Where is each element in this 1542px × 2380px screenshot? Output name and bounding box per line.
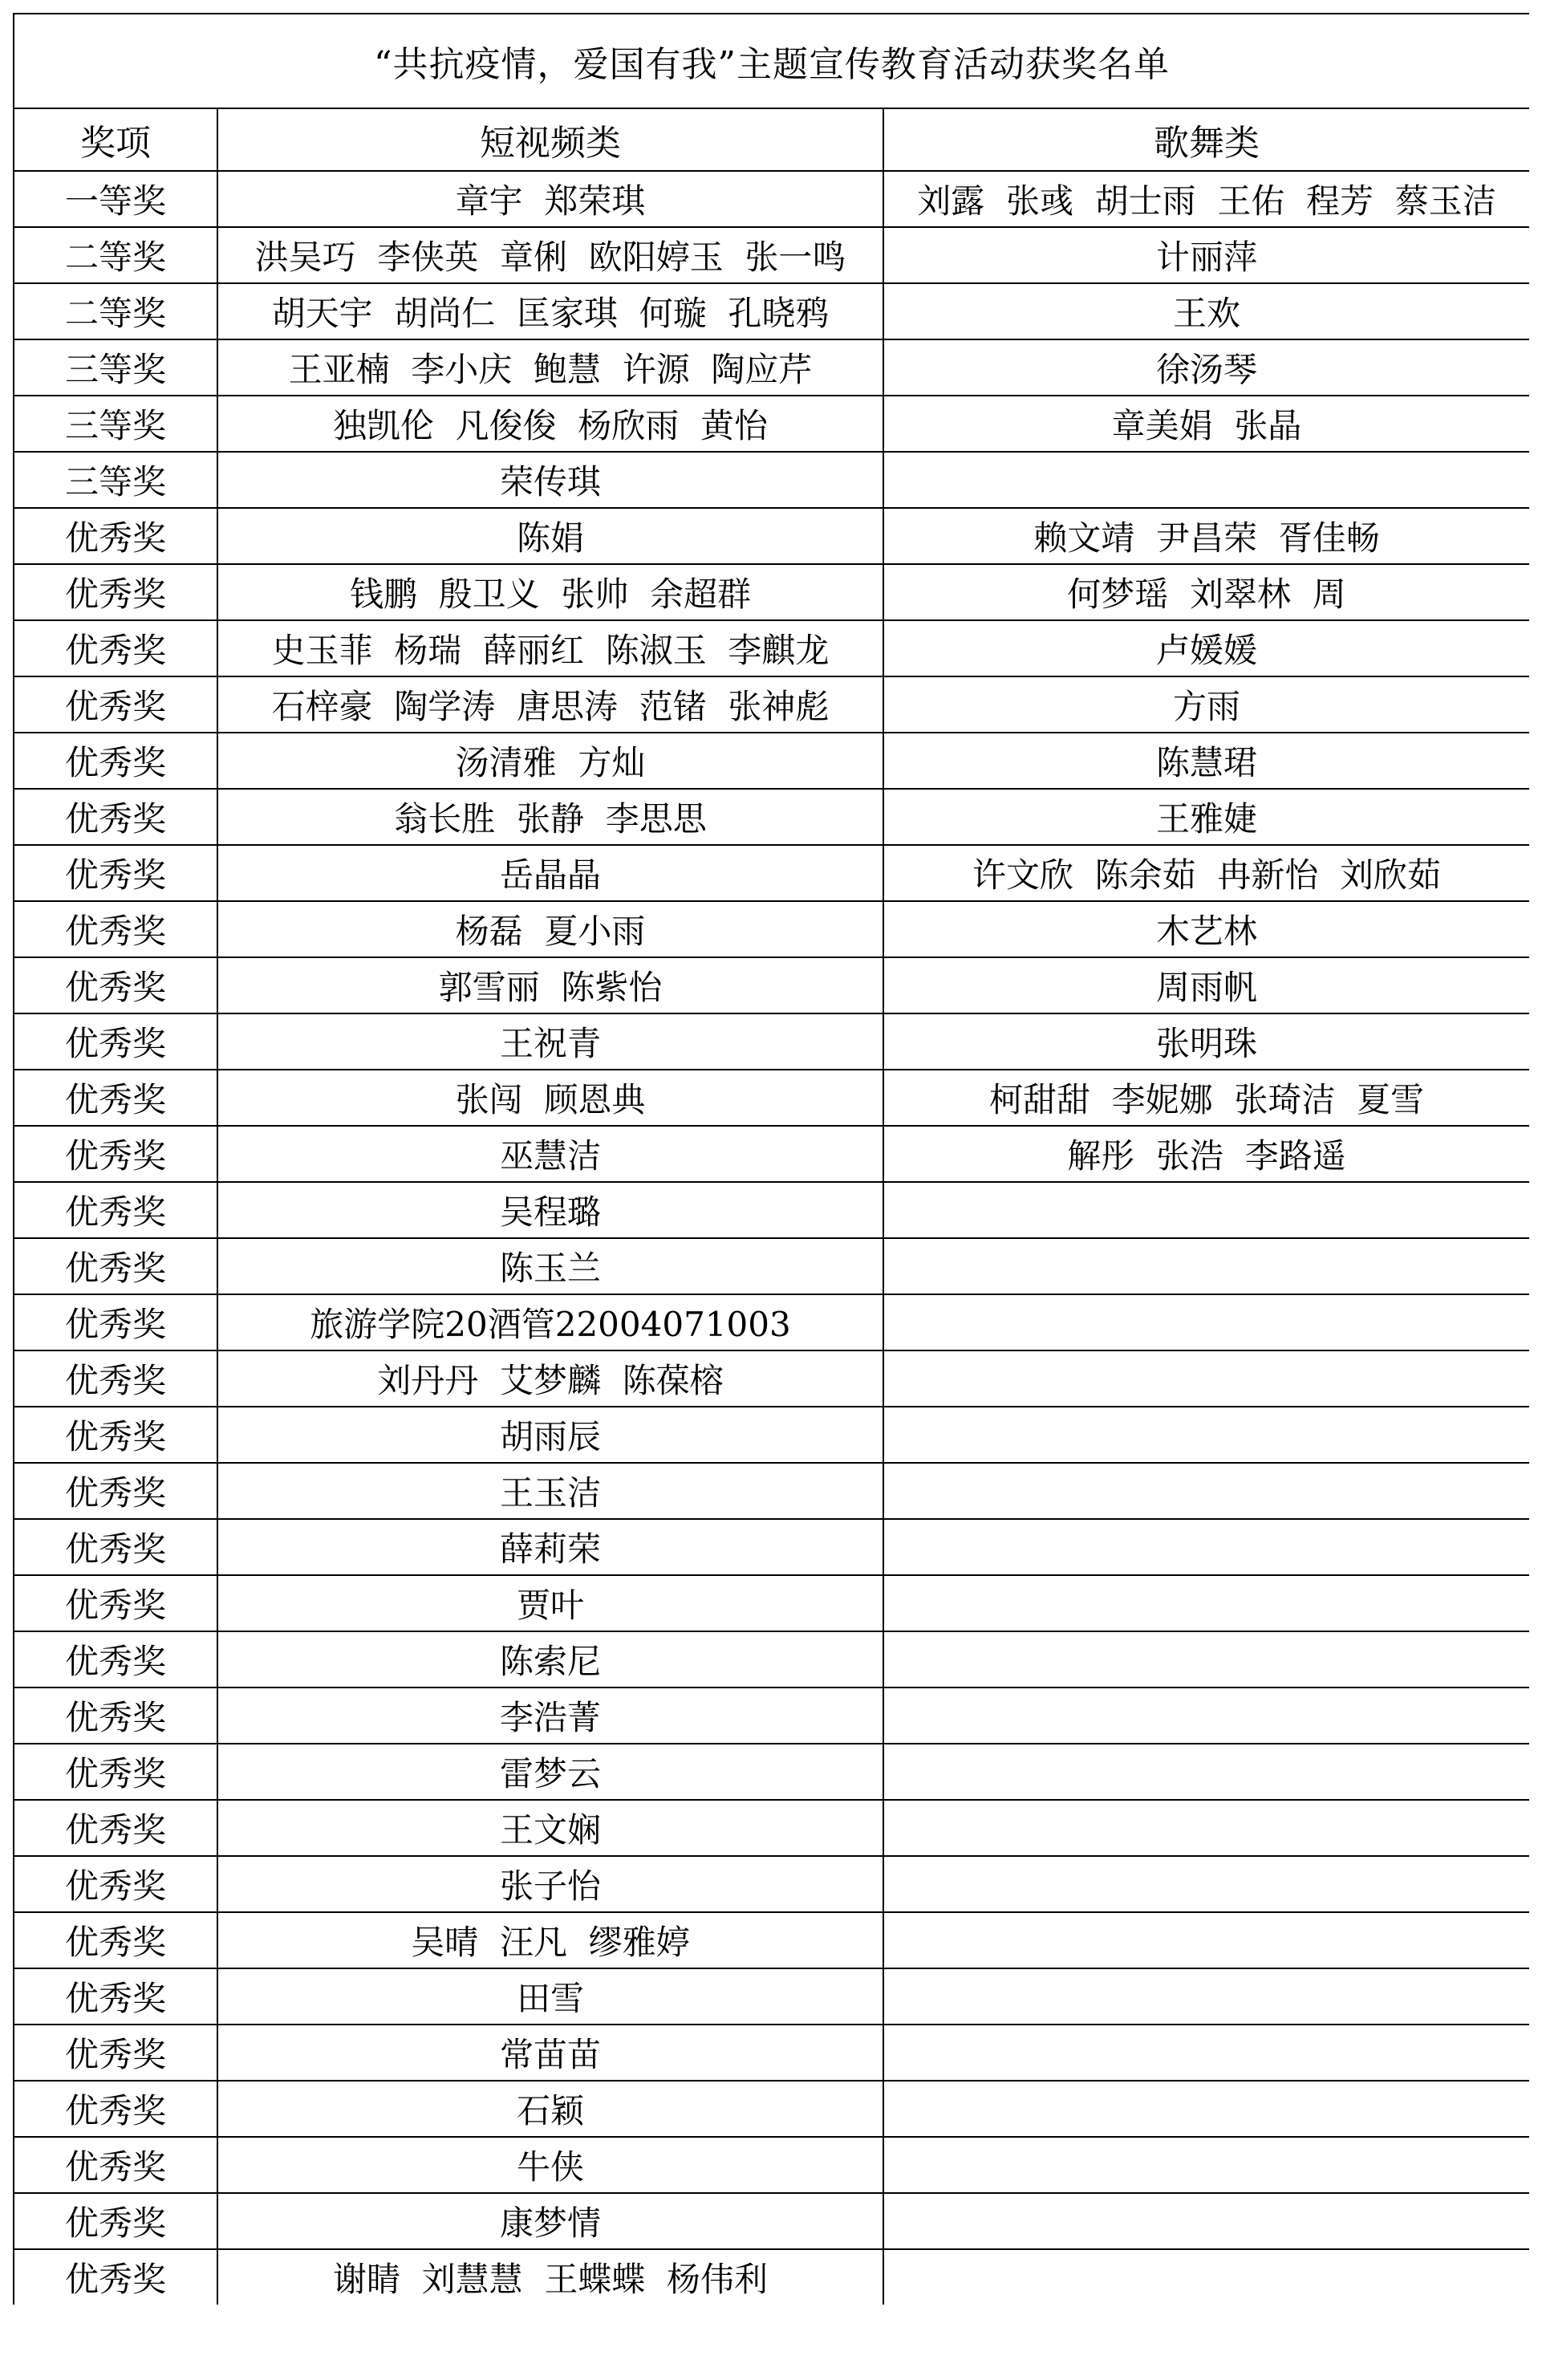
- short-video-winners-cell: 翁长胜 张静 李思思: [217, 789, 883, 845]
- award-level-cell: 优秀奖: [14, 1013, 217, 1070]
- award-level-cell: 优秀奖: [14, 1238, 217, 1294]
- award-level-cell: 优秀奖: [14, 733, 217, 789]
- table-row: 优秀奖巫慧洁解彤 张浩 李路遥: [14, 1126, 1529, 1182]
- award-list-table: “共抗疫情，爱国有我”主题宣传教育活动获奖名单 奖项 短视频类 歌舞类 一等奖章…: [13, 13, 1529, 2305]
- short-video-winners-cell: 王玉洁: [217, 1463, 883, 1519]
- award-level-cell: 优秀奖: [14, 620, 217, 676]
- table-row: 优秀奖田雪: [14, 1968, 1529, 2025]
- award-level-cell: 优秀奖: [14, 1182, 217, 1238]
- song-dance-winners-cell: [883, 2249, 1529, 2305]
- short-video-winners-cell: 洪吴巧 李侠英 章俐 欧阳婷玉 张一鸣: [217, 227, 883, 283]
- table-row: 优秀奖汤清雅 方灿陈慧珺: [14, 733, 1529, 789]
- short-video-winners-cell: 陈玉兰: [217, 1238, 883, 1294]
- song-dance-winners-cell: 赖文靖 尹昌荣 胥佳畅: [883, 508, 1529, 564]
- song-dance-winners-cell: [883, 1294, 1529, 1350]
- song-dance-winners-cell: [883, 1856, 1529, 1912]
- column-header-award: 奖项: [14, 108, 217, 171]
- table-row: 三等奖独凯伦 凡俊俊 杨欣雨 黄怡章美娟 张晶: [14, 396, 1529, 452]
- table-row: 三等奖王亚楠 李小庆 鲍慧 许源 陶应芹徐汤琴: [14, 339, 1529, 396]
- song-dance-winners-cell: 许文欣 陈余茹 冉新怡 刘欣茹: [883, 845, 1529, 901]
- award-level-cell: 优秀奖: [14, 1350, 217, 1407]
- award-level-cell: 优秀奖: [14, 2137, 217, 2193]
- award-level-cell: 三等奖: [14, 452, 217, 508]
- short-video-winners-cell: 王亚楠 李小庆 鲍慧 许源 陶应芹: [217, 339, 883, 396]
- award-level-cell: 优秀奖: [14, 845, 217, 901]
- song-dance-winners-cell: [883, 1968, 1529, 2025]
- song-dance-winners-cell: 陈慧珺: [883, 733, 1529, 789]
- song-dance-winners-cell: [883, 1350, 1529, 1407]
- award-level-cell: 优秀奖: [14, 508, 217, 564]
- short-video-winners-cell: 贾叶: [217, 1575, 883, 1631]
- award-level-cell: 优秀奖: [14, 2025, 217, 2081]
- award-level-cell: 优秀奖: [14, 1688, 217, 1744]
- short-video-winners-cell: 旅游学院20酒管22004071003: [217, 1294, 883, 1350]
- table-row: 优秀奖史玉菲 杨瑞 薛丽红 陈淑玉 李麒龙卢媛媛: [14, 620, 1529, 676]
- song-dance-winners-cell: [883, 1519, 1529, 1575]
- song-dance-winners-cell: [883, 1463, 1529, 1519]
- short-video-winners-cell: 王文娴: [217, 1800, 883, 1856]
- table-row: 优秀奖陈娟赖文靖 尹昌荣 胥佳畅: [14, 508, 1529, 564]
- table-row: 优秀奖吴晴 汪凡 缪雅婷: [14, 1912, 1529, 1968]
- table-row: 优秀奖石梓豪 陶学涛 唐思涛 范锗 张神彪方雨: [14, 676, 1529, 733]
- table-row: 三等奖荣传琪: [14, 452, 1529, 508]
- song-dance-winners-cell: [883, 1744, 1529, 1800]
- short-video-winners-cell: 独凯伦 凡俊俊 杨欣雨 黄怡: [217, 396, 883, 452]
- award-level-cell: 三等奖: [14, 396, 217, 452]
- table-row: 二等奖洪吴巧 李侠英 章俐 欧阳婷玉 张一鸣计丽萍: [14, 227, 1529, 283]
- short-video-winners-cell: 雷梦云: [217, 1744, 883, 1800]
- song-dance-winners-cell: [883, 452, 1529, 508]
- short-video-winners-cell: 张子怡: [217, 1856, 883, 1912]
- award-level-cell: 优秀奖: [14, 2081, 217, 2137]
- short-video-winners-cell: 李浩菁: [217, 1688, 883, 1744]
- short-video-winners-cell: 刘丹丹 艾梦麟 陈葆榕: [217, 1350, 883, 1407]
- table-row: 优秀奖谢睛 刘慧慧 王蝶蝶 杨伟利: [14, 2249, 1529, 2305]
- table-row: 优秀奖王文娴: [14, 1800, 1529, 1856]
- award-level-cell: 优秀奖: [14, 1856, 217, 1912]
- short-video-winners-cell: 石颖: [217, 2081, 883, 2137]
- short-video-winners-cell: 牛侠: [217, 2137, 883, 2193]
- table-row: 优秀奖刘丹丹 艾梦麟 陈葆榕: [14, 1350, 1529, 1407]
- award-level-cell: 优秀奖: [14, 2249, 217, 2305]
- award-level-cell: 优秀奖: [14, 1631, 217, 1688]
- song-dance-winners-cell: 张明珠: [883, 1013, 1529, 1070]
- award-level-cell: 优秀奖: [14, 901, 217, 957]
- award-level-cell: 优秀奖: [14, 1294, 217, 1350]
- award-level-cell: 优秀奖: [14, 1070, 217, 1126]
- header-row: 奖项 短视频类 歌舞类: [14, 108, 1529, 171]
- table-row: 二等奖胡天宇 胡尚仁 匡家琪 何璇 孔晓鸦王欢: [14, 283, 1529, 339]
- short-video-winners-cell: 胡雨辰: [217, 1407, 883, 1463]
- award-level-cell: 优秀奖: [14, 1463, 217, 1519]
- short-video-winners-cell: 吴晴 汪凡 缪雅婷: [217, 1912, 883, 1968]
- song-dance-winners-cell: [883, 1575, 1529, 1631]
- short-video-winners-cell: 汤清雅 方灿: [217, 733, 883, 789]
- award-level-cell: 优秀奖: [14, 789, 217, 845]
- song-dance-winners-cell: [883, 2137, 1529, 2193]
- short-video-winners-cell: 常苗苗: [217, 2025, 883, 2081]
- song-dance-winners-cell: 王欢: [883, 283, 1529, 339]
- song-dance-winners-cell: [883, 1631, 1529, 1688]
- table-row: 一等奖章宇 郑荣琪刘露 张彧 胡士雨 王佑 程芳 蔡玉洁: [14, 171, 1529, 227]
- table-row: 优秀奖张子怡: [14, 1856, 1529, 1912]
- short-video-winners-cell: 郭雪丽 陈紫怡: [217, 957, 883, 1013]
- column-header-song-dance: 歌舞类: [883, 108, 1529, 171]
- short-video-winners-cell: 钱鹏 殷卫义 张帅 余超群: [217, 564, 883, 620]
- short-video-winners-cell: 荣传琪: [217, 452, 883, 508]
- award-level-cell: 优秀奖: [14, 1912, 217, 1968]
- song-dance-winners-cell: 木艺林: [883, 901, 1529, 957]
- song-dance-winners-cell: [883, 2081, 1529, 2137]
- table-row: 优秀奖陈玉兰: [14, 1238, 1529, 1294]
- award-level-cell: 优秀奖: [14, 564, 217, 620]
- song-dance-winners-cell: [883, 1688, 1529, 1744]
- short-video-winners-cell: 张闯 顾恩典: [217, 1070, 883, 1126]
- table-row: 优秀奖钱鹏 殷卫义 张帅 余超群何梦瑶 刘翠林 周: [14, 564, 1529, 620]
- award-level-cell: 二等奖: [14, 283, 217, 339]
- song-dance-winners-cell: 卢媛媛: [883, 620, 1529, 676]
- award-level-cell: 优秀奖: [14, 1800, 217, 1856]
- song-dance-winners-cell: 柯甜甜 李妮娜 张琦洁 夏雪: [883, 1070, 1529, 1126]
- award-level-cell: 优秀奖: [14, 1575, 217, 1631]
- table-row: 优秀奖雷梦云: [14, 1744, 1529, 1800]
- short-video-winners-cell: 薛莉荣: [217, 1519, 883, 1575]
- award-level-cell: 优秀奖: [14, 1519, 217, 1575]
- short-video-winners-cell: 王祝青: [217, 1013, 883, 1070]
- song-dance-winners-cell: [883, 1407, 1529, 1463]
- song-dance-winners-cell: [883, 2025, 1529, 2081]
- song-dance-winners-cell: [883, 1912, 1529, 1968]
- short-video-winners-cell: 田雪: [217, 1968, 883, 2025]
- document-page: “共抗疫情，爱国有我”主题宣传教育活动获奖名单 奖项 短视频类 歌舞类 一等奖章…: [13, 13, 1529, 2367]
- table-row: 优秀奖岳晶晶许文欣 陈余茹 冉新怡 刘欣茹: [14, 845, 1529, 901]
- table-row: 优秀奖旅游学院20酒管22004071003: [14, 1294, 1529, 1350]
- award-level-cell: 优秀奖: [14, 1744, 217, 1800]
- table-row: 优秀奖李浩菁: [14, 1688, 1529, 1744]
- award-level-cell: 优秀奖: [14, 1407, 217, 1463]
- table-row: 优秀奖贾叶: [14, 1575, 1529, 1631]
- table-row: 优秀奖康梦情: [14, 2193, 1529, 2249]
- table-row: 优秀奖杨磊 夏小雨木艺林: [14, 901, 1529, 957]
- song-dance-winners-cell: [883, 1238, 1529, 1294]
- table-row: 优秀奖翁长胜 张静 李思思王雅婕: [14, 789, 1529, 845]
- award-level-cell: 优秀奖: [14, 957, 217, 1013]
- award-level-cell: 优秀奖: [14, 2193, 217, 2249]
- column-header-short-video: 短视频类: [217, 108, 883, 171]
- song-dance-winners-cell: 章美娟 张晶: [883, 396, 1529, 452]
- award-level-cell: 优秀奖: [14, 1968, 217, 2025]
- table-row: 优秀奖胡雨辰: [14, 1407, 1529, 1463]
- song-dance-winners-cell: 方雨: [883, 676, 1529, 733]
- table-row: 优秀奖吴程璐: [14, 1182, 1529, 1238]
- table-row: 优秀奖郭雪丽 陈紫怡周雨帆: [14, 957, 1529, 1013]
- award-level-cell: 二等奖: [14, 227, 217, 283]
- song-dance-winners-cell: [883, 1800, 1529, 1856]
- table-row: 优秀奖王祝青张明珠: [14, 1013, 1529, 1070]
- short-video-winners-cell: 胡天宇 胡尚仁 匡家琪 何璇 孔晓鸦: [217, 283, 883, 339]
- short-video-winners-cell: 史玉菲 杨瑞 薛丽红 陈淑玉 李麒龙: [217, 620, 883, 676]
- song-dance-winners-cell: 周雨帆: [883, 957, 1529, 1013]
- short-video-winners-cell: 巫慧洁: [217, 1126, 883, 1182]
- song-dance-winners-cell: 解彤 张浩 李路遥: [883, 1126, 1529, 1182]
- song-dance-winners-cell: [883, 2193, 1529, 2249]
- table-row: 优秀奖牛侠: [14, 2137, 1529, 2193]
- award-level-cell: 一等奖: [14, 171, 217, 227]
- table-row: 优秀奖石颖: [14, 2081, 1529, 2137]
- document-title: “共抗疫情，爱国有我”主题宣传教育活动获奖名单: [14, 14, 1529, 108]
- song-dance-winners-cell: 王雅婕: [883, 789, 1529, 845]
- title-row: “共抗疫情，爱国有我”主题宣传教育活动获奖名单: [14, 14, 1529, 108]
- table-row: 优秀奖陈索尼: [14, 1631, 1529, 1688]
- table-row: 优秀奖常苗苗: [14, 2025, 1529, 2081]
- song-dance-winners-cell: 计丽萍: [883, 227, 1529, 283]
- table-row: 优秀奖薛莉荣: [14, 1519, 1529, 1575]
- short-video-winners-cell: 岳晶晶: [217, 845, 883, 901]
- song-dance-winners-cell: 何梦瑶 刘翠林 周: [883, 564, 1529, 620]
- table-row: 优秀奖张闯 顾恩典柯甜甜 李妮娜 张琦洁 夏雪: [14, 1070, 1529, 1126]
- song-dance-winners-cell: 徐汤琴: [883, 339, 1529, 396]
- song-dance-winners-cell: 刘露 张彧 胡士雨 王佑 程芳 蔡玉洁: [883, 171, 1529, 227]
- table-row: 优秀奖王玉洁: [14, 1463, 1529, 1519]
- song-dance-winners-cell: [883, 1182, 1529, 1238]
- short-video-winners-cell: 石梓豪 陶学涛 唐思涛 范锗 张神彪: [217, 676, 883, 733]
- short-video-winners-cell: 章宇 郑荣琪: [217, 171, 883, 227]
- award-level-cell: 优秀奖: [14, 676, 217, 733]
- short-video-winners-cell: 杨磊 夏小雨: [217, 901, 883, 957]
- award-level-cell: 优秀奖: [14, 1126, 217, 1182]
- short-video-winners-cell: 康梦情: [217, 2193, 883, 2249]
- award-level-cell: 三等奖: [14, 339, 217, 396]
- short-video-winners-cell: 陈娟: [217, 508, 883, 564]
- short-video-winners-cell: 吴程璐: [217, 1182, 883, 1238]
- short-video-winners-cell: 陈索尼: [217, 1631, 883, 1688]
- short-video-winners-cell: 谢睛 刘慧慧 王蝶蝶 杨伟利: [217, 2249, 883, 2305]
